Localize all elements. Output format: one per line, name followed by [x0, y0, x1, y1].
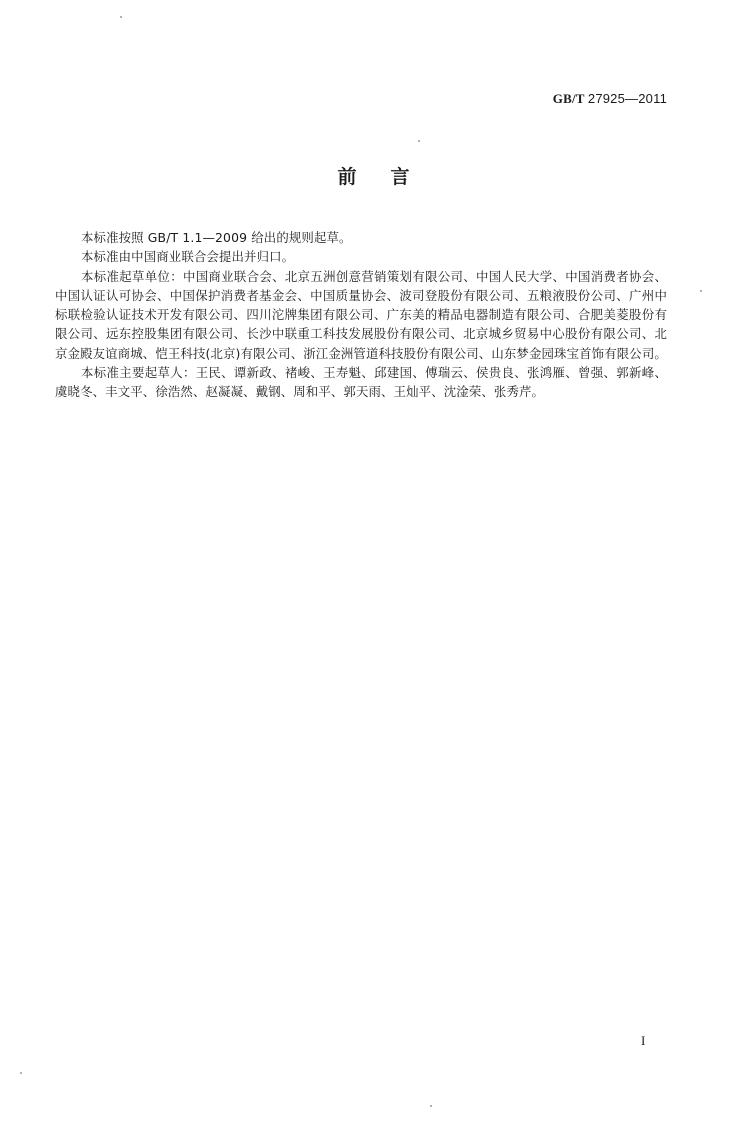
scan-speck	[120, 16, 122, 18]
title-char-1: 前	[337, 162, 356, 189]
standard-number-header: GB/T 27925—2011	[553, 91, 667, 107]
scan-speck	[430, 1105, 432, 1107]
paragraph-drafters: 本标准主要起草人：王民、谭新政、褚峻、王寿魁、邱建国、傅瑞云、侯贵良、张鸿雁、曾…	[55, 363, 667, 402]
scan-speck	[20, 1072, 22, 1074]
page-title: 前言	[0, 162, 747, 189]
paragraph-proposer: 本标准由中国商业联合会提出并归口。	[55, 247, 667, 266]
scan-speck	[418, 140, 420, 142]
title-char-2: 言	[391, 162, 410, 189]
paragraph-drafting-rules: 本标准按照 GB/T 1.1—2009 给出的规则起草。	[55, 228, 667, 247]
standard-prefix: GB/T	[553, 91, 585, 106]
paragraph-drafting-units: 本标准起草单位：中国商业联合会、北京五洲创意营销策划有限公司、中国人民大学、中国…	[55, 267, 667, 363]
foreword-body: 本标准按照 GB/T 1.1—2009 给出的规则起草。 本标准由中国商业联合会…	[55, 228, 667, 402]
scan-speck	[700, 290, 702, 292]
standard-code: 27925—2011	[588, 91, 667, 106]
page-number: I	[641, 1033, 645, 1049]
